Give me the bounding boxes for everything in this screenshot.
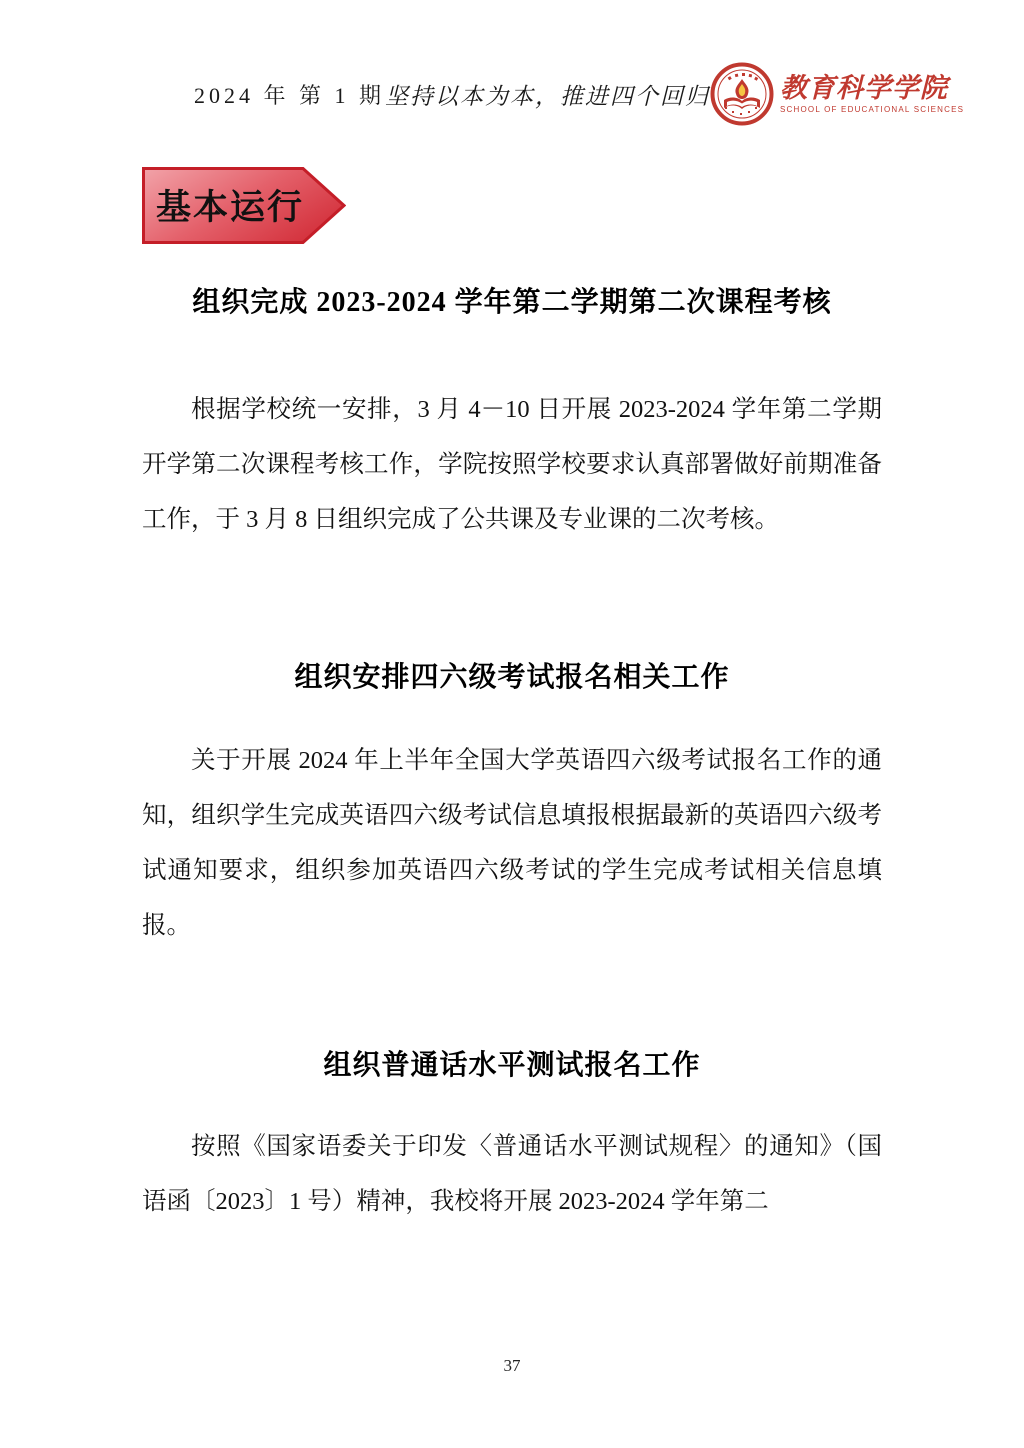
section-1-paragraph: 根据学校统一安排，3 月 4－10 日开展 2023-2024 学年第二学期开学… (142, 382, 882, 547)
school-name-en: SCHOOL OF EDUCATIONAL SCIENCES (780, 106, 964, 114)
school-name-cn: 教育科学学院 (780, 75, 964, 102)
section-1-heading: 组织完成 2023-2024 学年第二学期第二次课程考核 (142, 280, 882, 320)
issue-label: 2024 年 第 1 期 (142, 79, 385, 110)
section-2-heading: 组织安排四六级考试报名相关工作 (142, 655, 882, 695)
page-header: 2024 年 第 1 期 坚持以本为本，推进四个回归 (142, 62, 904, 126)
section-2-paragraph: 关于开展 2024 年上半年全国大学英语四六级考试报名工作的通知，组织学生完成英… (142, 733, 882, 953)
section-3-heading: 组织普通话水平测试报名工作 (142, 1043, 882, 1083)
header-motto: 坚持以本为本，推进四个回归 (385, 78, 710, 111)
section-3-paragraph: 按照《国家语委关于印发〈普通话水平测试规程〉的通知》（国语函〔2023〕1 号）… (142, 1119, 882, 1229)
bulletin-page: 2024 年 第 1 期 坚持以本为本，推进四个回归 (0, 0, 1024, 1448)
section-banner: 基本运行 (142, 167, 346, 244)
page-number: 37 (0, 1356, 1024, 1376)
school-logo: 教育科学学院 SCHOOL OF EDUCATIONAL SCIENCES (710, 62, 964, 126)
school-seal-icon (710, 62, 774, 126)
page-content: 组织完成 2023-2024 学年第二学期第二次课程考核 根据学校统一安排，3 … (142, 280, 882, 1229)
banner-label: 基本运行 (156, 180, 304, 230)
school-name: 教育科学学院 SCHOOL OF EDUCATIONAL SCIENCES (780, 75, 964, 114)
